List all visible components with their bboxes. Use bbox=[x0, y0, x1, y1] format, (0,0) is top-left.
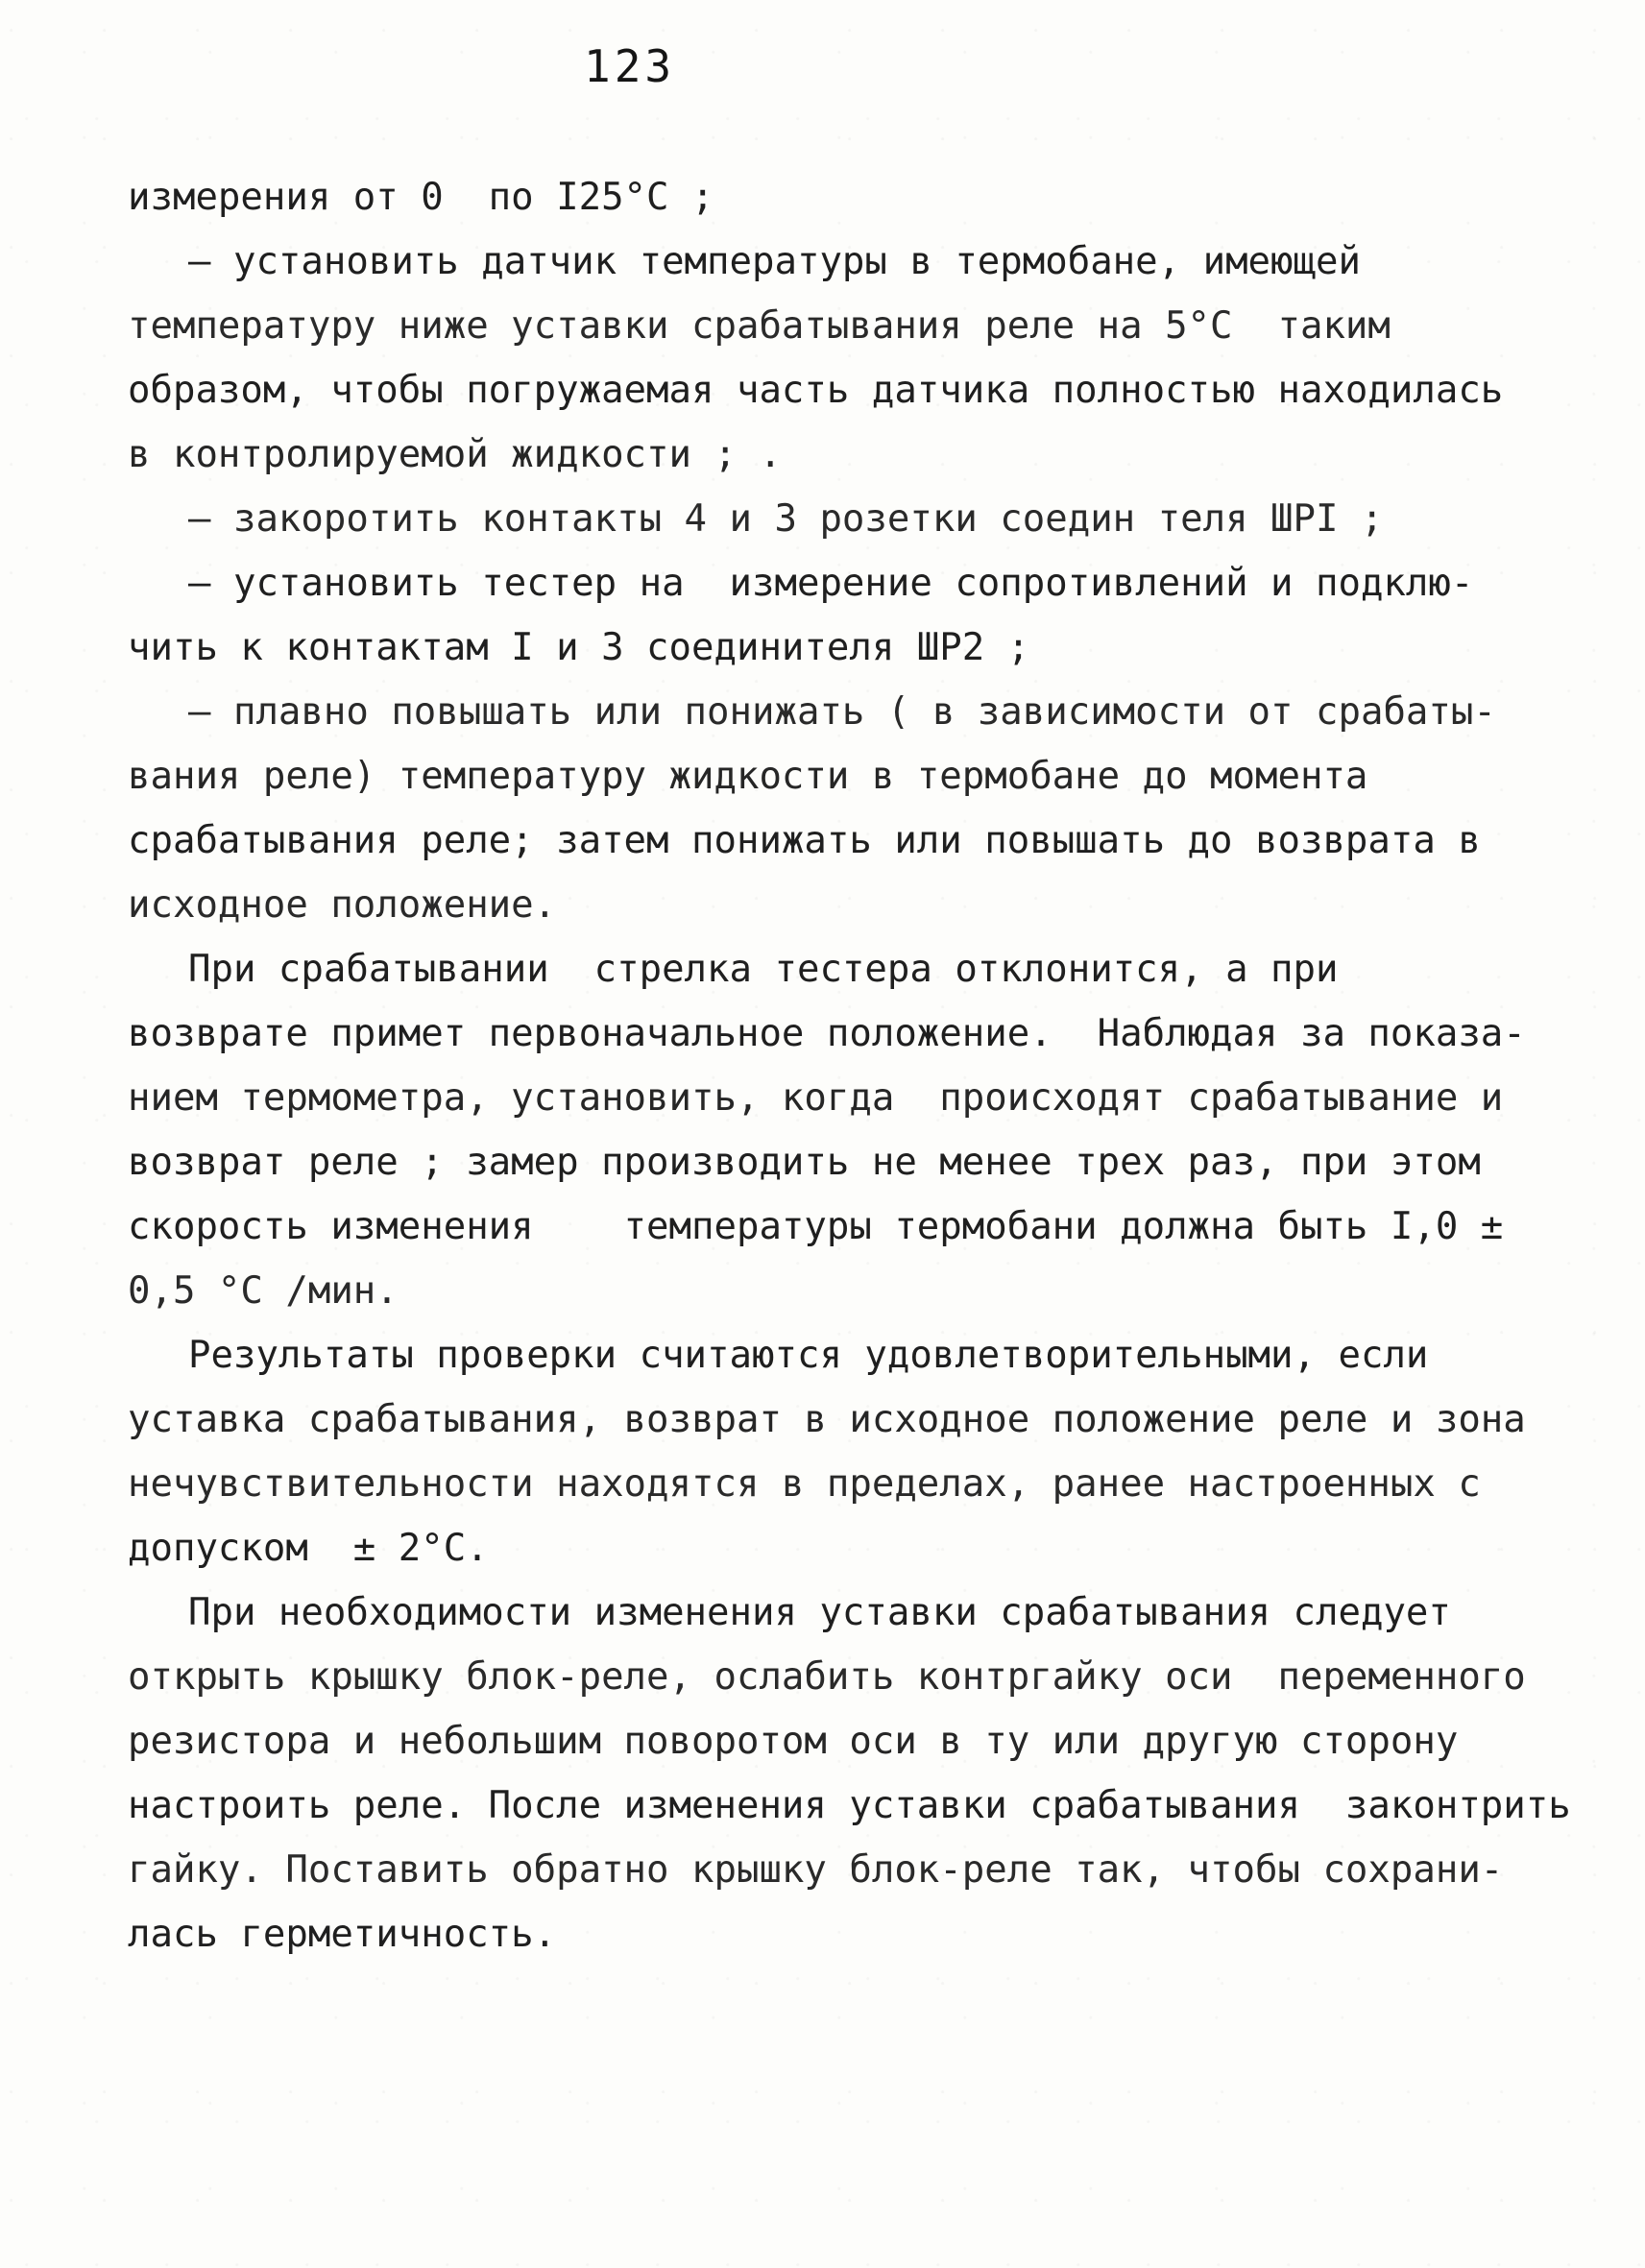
text-line: нием термометра, установить, когда проис… bbox=[128, 1066, 1559, 1130]
scanned-document-page: 123 измерения от 0 по I25°С ; – установи… bbox=[0, 0, 1645, 2268]
text-line: Результаты проверки считаются удовлетвор… bbox=[128, 1323, 1559, 1387]
page-number: 123 bbox=[584, 40, 675, 92]
text-line: настроить реле. После изменения уставки … bbox=[128, 1773, 1559, 1838]
text-line: При необходимости изменения уставки сраб… bbox=[128, 1580, 1559, 1645]
text-line: возврате примет первоначальное положение… bbox=[128, 1001, 1559, 1066]
text-line: чить к контактам I и 3 соединителя ШР2 ; bbox=[128, 615, 1559, 680]
document-body: измерения от 0 по I25°С ; – установить д… bbox=[128, 165, 1559, 1966]
text-line: лась герметичность. bbox=[128, 1902, 1559, 1966]
text-line: температуру ниже уставки срабатывания ре… bbox=[128, 294, 1559, 358]
text-line: нечувствительности находятся в пределах,… bbox=[128, 1452, 1559, 1516]
text-line: При срабатывании стрелка тестера отклони… bbox=[128, 937, 1559, 1001]
text-line: вания реле) температуру жидкости в термо… bbox=[128, 744, 1559, 808]
text-line: – установить тестер на измерение сопроти… bbox=[128, 551, 1559, 615]
text-line: – установить датчик температуры в термоб… bbox=[128, 229, 1559, 294]
text-line: уставка срабатывания, возврат в исходное… bbox=[128, 1387, 1559, 1452]
text-line: – плавно повышать или понижать ( в завис… bbox=[128, 680, 1559, 744]
text-line: допуском ± 2°С. bbox=[128, 1516, 1559, 1580]
text-line: гайку. Поставить обратно крышку блок-рел… bbox=[128, 1838, 1559, 1902]
text-line: открыть крышку блок-реле, ослабить контр… bbox=[128, 1645, 1559, 1709]
text-line: – закоротить контакты 4 и 3 розетки соед… bbox=[128, 487, 1559, 551]
text-line: резистора и небольшим поворотом оси в ту… bbox=[128, 1709, 1559, 1773]
text-line: исходное положение. bbox=[128, 873, 1559, 937]
text-line: срабатывания реле; затем понижать или по… bbox=[128, 808, 1559, 873]
text-line: 0,5 °С /мин. bbox=[128, 1259, 1559, 1323]
text-line: в контролируемой жидкости ; . bbox=[128, 422, 1559, 487]
text-line: скорость изменения температуры термобани… bbox=[128, 1194, 1559, 1259]
text-line: измерения от 0 по I25°С ; bbox=[128, 165, 1559, 229]
text-line: образом, чтобы погружаемая часть датчика… bbox=[128, 358, 1559, 422]
text-line: возврат реле ; замер производить не мене… bbox=[128, 1130, 1559, 1194]
